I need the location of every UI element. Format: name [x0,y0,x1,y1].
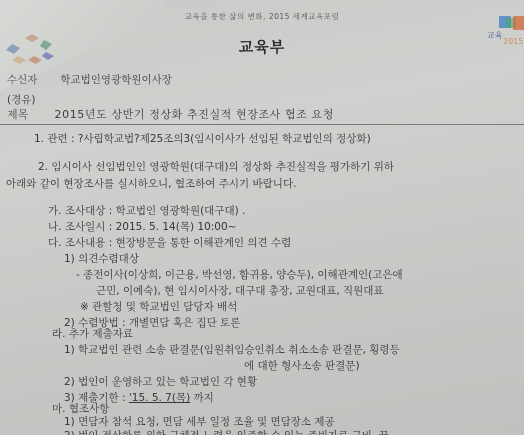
item-ra-1-line-1: 1) 학교법인 관련 소송 판결문(임원취임승인취소 취소소송 판결문, 횡령등 [64,342,400,357]
item-ra-1-line-2: 에 대한 형사소송 판결문) [244,358,360,373]
item-2-line-2: 아래와 같이 현장조사를 실시하오니, 협조하여 주시기 바랍니다. [6,176,296,191]
world-education-forum-logo-icon: 교육 2015 [484,14,524,48]
deadline-date: '15. 5. 7(목) [129,392,190,404]
recipient-label: 수신자 [7,72,57,87]
subject-value: 2015년도 상반기 정상화 추진실적 현장조사 협조 요청 [55,108,335,121]
item-ra: 라. 추가 제출자료 [52,326,133,341]
document-photo: 교육을 통한 삶의 변화, 2015 세계교육포럼 교육부 교육 2015 수신… [0,0,524,435]
recipient-row: 수신자 학교법인영광학원이사장 [7,72,172,87]
deadline-suffix: 까지 [190,392,214,404]
via-label: (경유) [7,94,35,106]
item-da-1-note: ※ 관할청 및 학교법인 담당자 배석 [80,299,237,314]
item-ma-1: 1) 면담자 참석 요청, 면담 세부 일정 조율 및 면담장소 제공 [64,414,335,429]
subject-divider [0,124,524,125]
item-ra-2: 2) 법인이 운영하고 있는 학교법인 각 현황 [64,374,257,389]
item-ma-2: 2) 법인 정상화를 위한 구체적 노력을 입증할 수 있는 증빙자료 구비. … [64,428,389,435]
via-row: (경유) [7,92,35,107]
item-da-1-dash-line-2: 근민, 이예숙), 현 임시이사장, 대구대 총장, 교원대표, 직원대표 [96,283,384,298]
item-da: 다. 조사내용 : 현장방문을 통한 이해관계인 의견 수렴 [48,235,291,250]
item-ga: 가. 조사대상 : 학교법인 영광학원(대구대) . [48,203,245,218]
slogan: 교육을 통한 삶의 변화, 2015 세계교육포럼 [0,11,524,22]
subject-row: 제목 2015년도 상반기 정상화 추진실적 현장조사 협조 요청 [7,106,334,122]
svg-text:교육: 교육 [487,31,503,40]
item-da-1-dash-line-1: - 종전이사(이상희, 이근용, 박선영, 함귀용, 양승두), 이해관계인(고… [76,267,403,282]
item-1: 1. 관련 : ?사립학교법?제25조의3(임시이사가 선임된 학교법인의 정상… [34,131,371,146]
svg-text:2015: 2015 [503,37,523,46]
item-2-line-1: 2. 임시이사 선임법인인 영광학원(대구대)의 정상화 추진실적을 평가하기 … [38,159,394,174]
subject-label: 제목 [7,106,51,122]
recipient-value: 학교법인영광학원이사장 [60,74,172,86]
item-da-1: 1) 의견수렴대상 [64,251,139,266]
ministry-name: 교육부 [0,36,524,57]
item-na: 나. 조사일시 : 2015. 5. 14(목) 10:00~ [48,219,236,234]
